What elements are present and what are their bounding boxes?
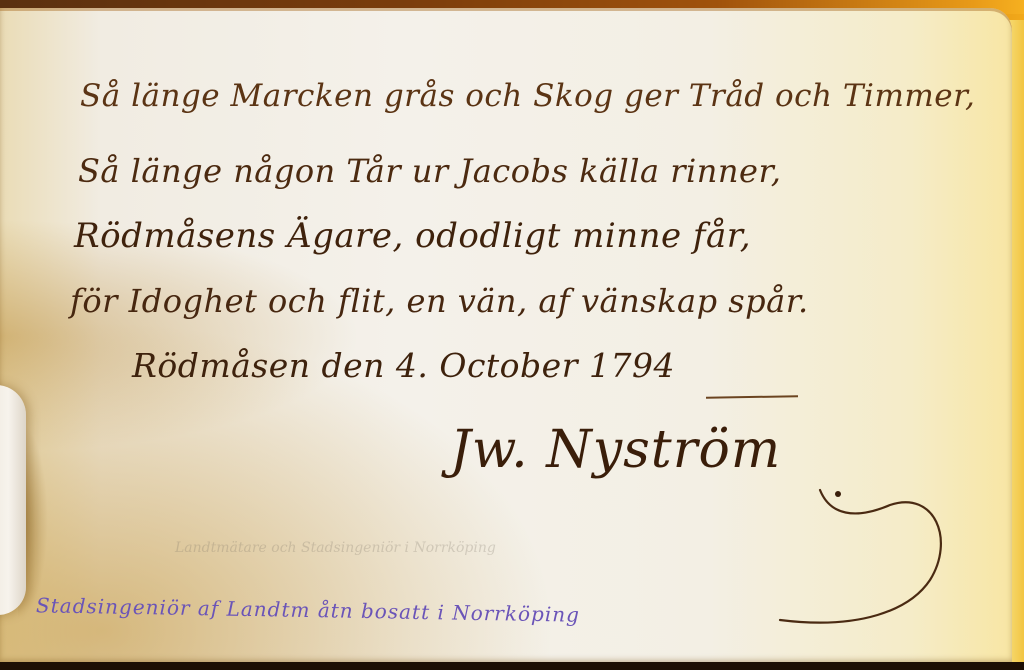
bleed-through-text: Landtmätare och Stadsingeniör i Norrköpi… — [175, 540, 496, 556]
photo-scene: Så länge Marcken grås och Skog ger Tråd … — [0, 0, 1024, 670]
poem-line-1: Så länge Marcken grås och Skog ger Tråd … — [80, 78, 975, 114]
signature-flourish — [760, 470, 950, 640]
poem-line-2: Så länge någon Tår ur Jacobs källa rinne… — [78, 152, 781, 190]
dateline: Rödmåsen den 4. October 1794 — [132, 346, 675, 385]
poem-line-3: Rödmåsens Ägare, ododligt minne får, — [74, 216, 751, 256]
bottom-edge — [0, 662, 1024, 670]
signature: Jw. Nyström — [450, 420, 781, 480]
poem-line-4: för Idoghet och flit, en vän, af vänskap… — [70, 282, 809, 320]
